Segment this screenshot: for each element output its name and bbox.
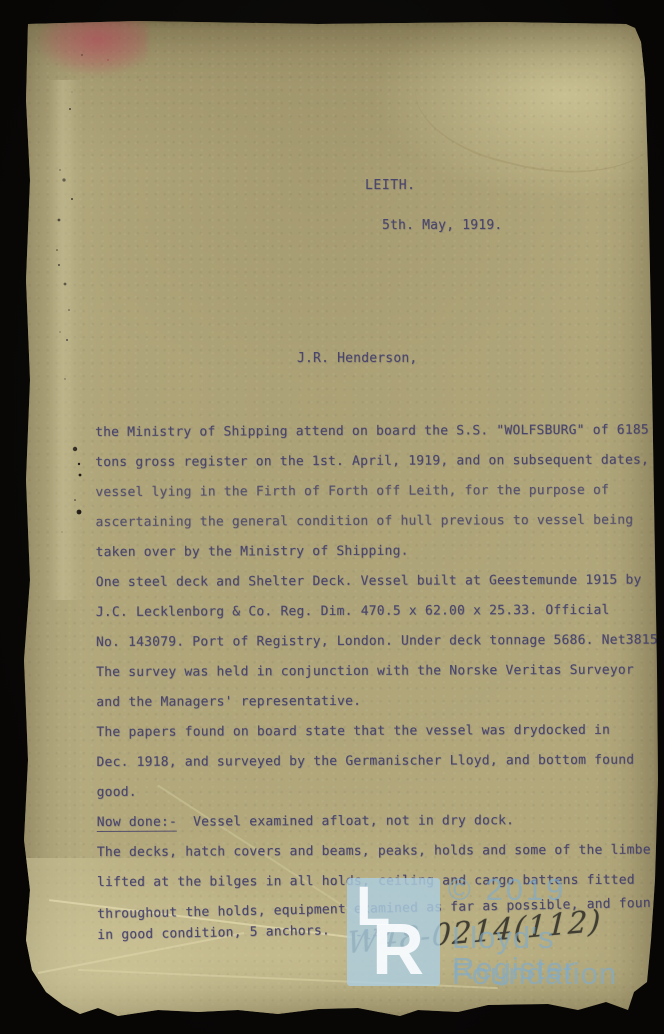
body-line: Dec. 1918, and surveyed by the Germanisc… [96, 747, 664, 780]
body-line: vessel lying in the Firth of Forth off L… [95, 477, 664, 510]
body-line: The papers found on board state that the… [96, 717, 664, 750]
water-stain-edge [404, 10, 664, 199]
body-line: The decks, hatch covers and beams, peaks… [97, 837, 664, 870]
body-line: No. 143079. Port of Registry, London. Un… [96, 627, 664, 660]
date-line: 5th. May, 1919. [382, 218, 502, 233]
body-line: One steel deck and Shelter Deck. Vessel … [96, 567, 664, 600]
ink-specks [18, 20, 22, 24]
place-line: LEITH. [365, 178, 416, 193]
body-line: and the Managers' representative. [96, 687, 664, 720]
body-line: The survey was held in conjunction with … [96, 657, 664, 690]
body-line: tons gross register on the 1st. April, 1… [95, 447, 664, 480]
red-stain [36, 14, 148, 76]
body-line: Now done:- Vessel examined afloat, not i… [97, 807, 664, 840]
body-line: ascertaining the general condition of hu… [95, 507, 664, 540]
body-line: the Ministry of Shipping attend on board… [95, 417, 664, 450]
body-line: J.C. Lecklenborg & Co. Reg. Dim. 470.5 x… [96, 597, 664, 630]
body-line: good. [97, 777, 664, 810]
scan-background: LEITH. 5th. May, 1919. J.R. Henderson, t… [0, 0, 664, 1034]
salutation: J.R. Henderson, [297, 351, 417, 366]
document-page: LEITH. 5th. May, 1919. J.R. Henderson, t… [18, 20, 660, 1020]
red-ink-specks [18, 20, 22, 24]
left-edge-crease [48, 80, 82, 600]
document-body: the Ministry of Shipping attend on board… [95, 417, 664, 953]
body-line: taken over by the Ministry of Shipping. [96, 537, 664, 570]
